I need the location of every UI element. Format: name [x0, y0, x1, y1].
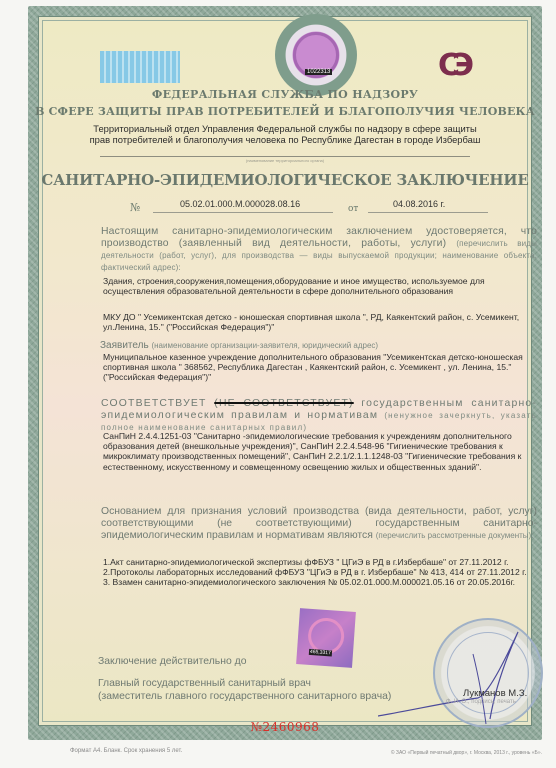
- basis-statement: Основанием для признания условий произво…: [101, 506, 537, 542]
- agency-title-line2: В СФЕРЕ ЗАЩИТЫ ПРАВ ПОТРЕБИТЕЛЕЙ И БЛАГО…: [28, 105, 542, 118]
- activity-description: Здания, строения,сооружения,помещения,об…: [103, 276, 523, 296]
- basis-documents: 1.Акт санитарно-эпидемиологической экспе…: [103, 557, 533, 588]
- compliance-status: СООТВЕТСТВУЕТ: [101, 398, 207, 409]
- signature-icon: [378, 624, 528, 734]
- number-underline: [153, 212, 333, 213]
- divider-caption: (наименование территориального органа): [28, 158, 542, 163]
- se-logo-icon: СЭ: [438, 48, 480, 82]
- applicant-label: Заявитель: [100, 340, 149, 351]
- agency-title-line1: ФЕДЕРАЛЬНАЯ СЛУЖБА ПО НАДЗОРУ: [28, 88, 542, 101]
- blank-serial-number: №2460968: [28, 720, 542, 734]
- seal-number: 1022313: [305, 69, 332, 75]
- certificate-page: 1022313 СЭ ФЕДЕРАЛЬНАЯ СЛУЖБА ПО НАДЗОРУ…: [28, 6, 542, 740]
- format-note: Формат А4. Бланк. Срок хранения 5 лет.: [70, 748, 182, 754]
- date-underline: [368, 212, 488, 213]
- sanitary-rules: СанПиН 2.4.4.1251-03 "Санитарно -эпидеми…: [103, 431, 533, 472]
- deputy-doctor-title: (заместитель главного государственного с…: [98, 691, 391, 702]
- document-title: САНИТАРНО-ЭПИДЕМИОЛОГИЧЕСКОЕ ЗАКЛЮЧЕНИЕ: [28, 171, 542, 189]
- signer-caption: Ф. И. О., подпись, печать: [446, 699, 516, 705]
- signer-name: Лукманов М.З.: [463, 688, 527, 699]
- basis-hint: (перечислить рассмотренные документы):: [376, 531, 534, 540]
- hologram-strip: [100, 51, 180, 83]
- document-date: 04.08.2016 г.: [393, 199, 445, 209]
- hologram-seal-icon: 1022313: [275, 14, 357, 96]
- hologram-sticker-icon: 465,3317: [296, 608, 356, 668]
- certification-intro: Настоящим санитарно-эпидемиологическим з…: [101, 226, 537, 274]
- applicant-value: Муниципальное казенное учреждение дополн…: [103, 352, 533, 383]
- chief-doctor-title: Главный государственный санитарный врач: [98, 678, 311, 689]
- divider: [100, 156, 470, 157]
- compliance-statement: СООТВЕТСТВУЕТ (НЕ СООТВЕТСТВУЕТ) государ…: [101, 398, 537, 434]
- applicant-heading: Заявитель (наименование организации-заяв…: [100, 340, 378, 351]
- printer-note: © ЗАО «Первый печатный двор», г. Москва,…: [391, 750, 542, 756]
- document-number: 05.02.01.000.М.000028.08.16: [180, 199, 300, 209]
- sticker-number: 465,3317: [309, 649, 332, 657]
- compliance-struck: (НЕ СООТВЕТСТВУЕТ): [214, 398, 353, 409]
- number-label: №: [130, 201, 140, 214]
- department-name: Территориальный отдел Управления Федерал…: [88, 123, 482, 145]
- applicant-hint: (наименование организации-заявителя, юри…: [151, 341, 378, 350]
- object-address: МКУ ДО " Усемикентская детско - юношеска…: [103, 312, 523, 332]
- valid-until-label: Заключение действительно до: [98, 656, 246, 667]
- date-label: от: [348, 204, 358, 214]
